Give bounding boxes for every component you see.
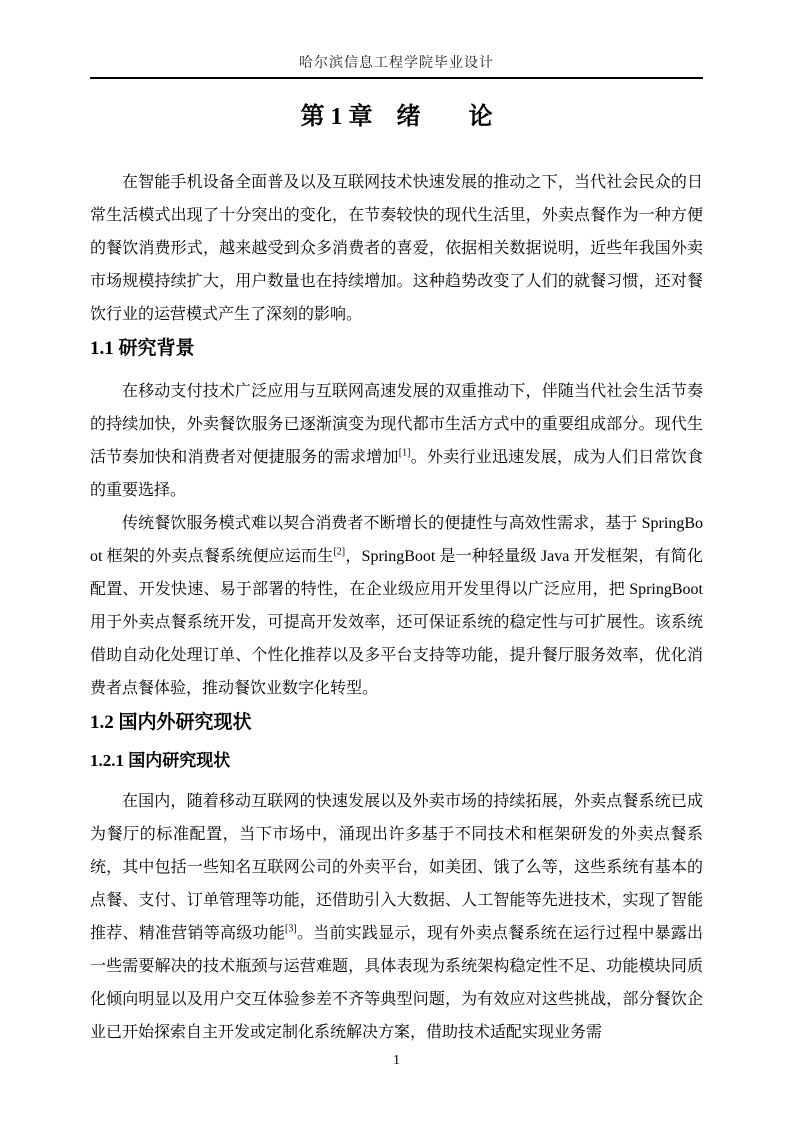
citation-ref: [2] — [333, 547, 345, 558]
document-page: 哈尔滨信息工程学院毕业设计 第 1 章 绪 论 在智能手机设备全面普及以及互联网… — [0, 0, 793, 1122]
paragraph: 传统餐饮服务模式难以契合消费者不断增长的便捷性与高效性需求，基于 SpringB… — [90, 507, 703, 705]
paragraph: 在智能手机设备全面普及以及互联网技术快速发展的推动之下，当代社会民众的日常生活模… — [90, 166, 703, 331]
citation-ref: [1] — [399, 448, 411, 459]
paragraph: 在移动支付技术广泛应用与互联网高速发展的双重推动下，伴随当代社会生活节奏的持续加… — [90, 375, 703, 507]
running-header: 哈尔滨信息工程学院毕业设计 — [90, 52, 703, 72]
citation-ref: [3] — [285, 924, 297, 935]
chapter-content: 在智能手机设备全面普及以及互联网技术快速发展的推动之下，当代社会民众的日常生活模… — [90, 166, 703, 1049]
section-heading-1-2: 1.2 国内外研究现状 — [90, 711, 703, 735]
document-body: 第 1 章 绪 论 在智能手机设备全面普及以及互联网技术快速发展的推动之下，当代… — [90, 100, 703, 1049]
header-rule — [90, 77, 703, 79]
section-heading-1-1: 1.1 研究背景 — [90, 337, 703, 361]
subsection-heading-1-2-1: 1.2.1 国内研究现状 — [90, 749, 703, 773]
chapter-title: 第 1 章 绪 论 — [90, 100, 703, 134]
page-number: 1 — [0, 1053, 793, 1069]
paragraph: 在国内，随着移动互联网的快速发展以及外卖市场的持续拓展，外卖点餐系统已成为餐厅的… — [90, 785, 703, 1049]
